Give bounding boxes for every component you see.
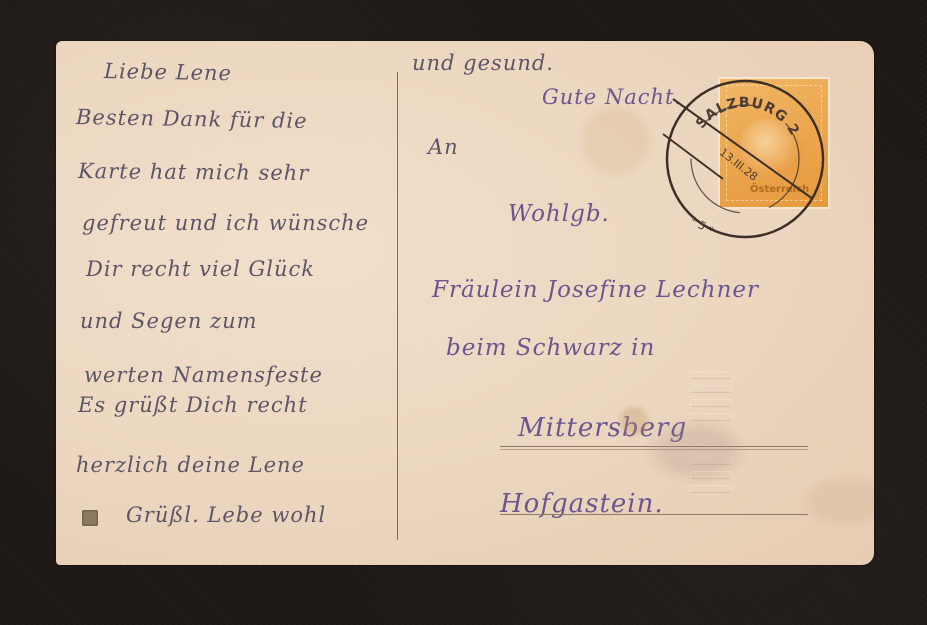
postcard: Liebe Lene Besten Dank für die Karte hat… [56,41,874,565]
embossed-decoration [680,361,790,511]
message-line-3: Karte hat mich sehr [78,159,310,185]
address-honorific: Wohlgb. [508,201,610,227]
message-closing: Gute Nacht. [542,85,682,109]
message-line-8: Es grüßt Dich recht [78,393,308,417]
message-line-5: Dir recht viel Glück [86,257,315,281]
message-line-2: Besten Dank für die [76,105,308,133]
center-divider [397,72,398,540]
message-line-9: herzlich deine Lene [76,453,305,477]
postmark-bottom: * 5 * [688,214,717,238]
address-city: Mittersberg [518,413,687,443]
address-line-1 [500,446,808,447]
message-line-6: und Segen zum [80,309,258,333]
message-line-10: Grüßl. Lebe wohl [126,503,326,527]
message-line-7: werten Namensfeste [84,363,323,387]
message-continuation: und gesund. [412,51,554,75]
message-line-1: Liebe Lene [104,59,232,85]
address-line-2 [500,514,808,515]
address-prefix: An [428,135,459,159]
address-name: Fräulein Josefine Lechner [432,277,759,303]
address-care-of: beim Schwarz in [446,335,655,361]
postage-stamp: Österreich [720,79,828,207]
address-line-1b [500,449,808,450]
message-line-4: gefreut und ich wünsche [82,211,369,235]
stamp-icon [740,119,804,175]
publisher-logo-icon [82,510,98,526]
stamp-label: Österreich [750,184,809,195]
